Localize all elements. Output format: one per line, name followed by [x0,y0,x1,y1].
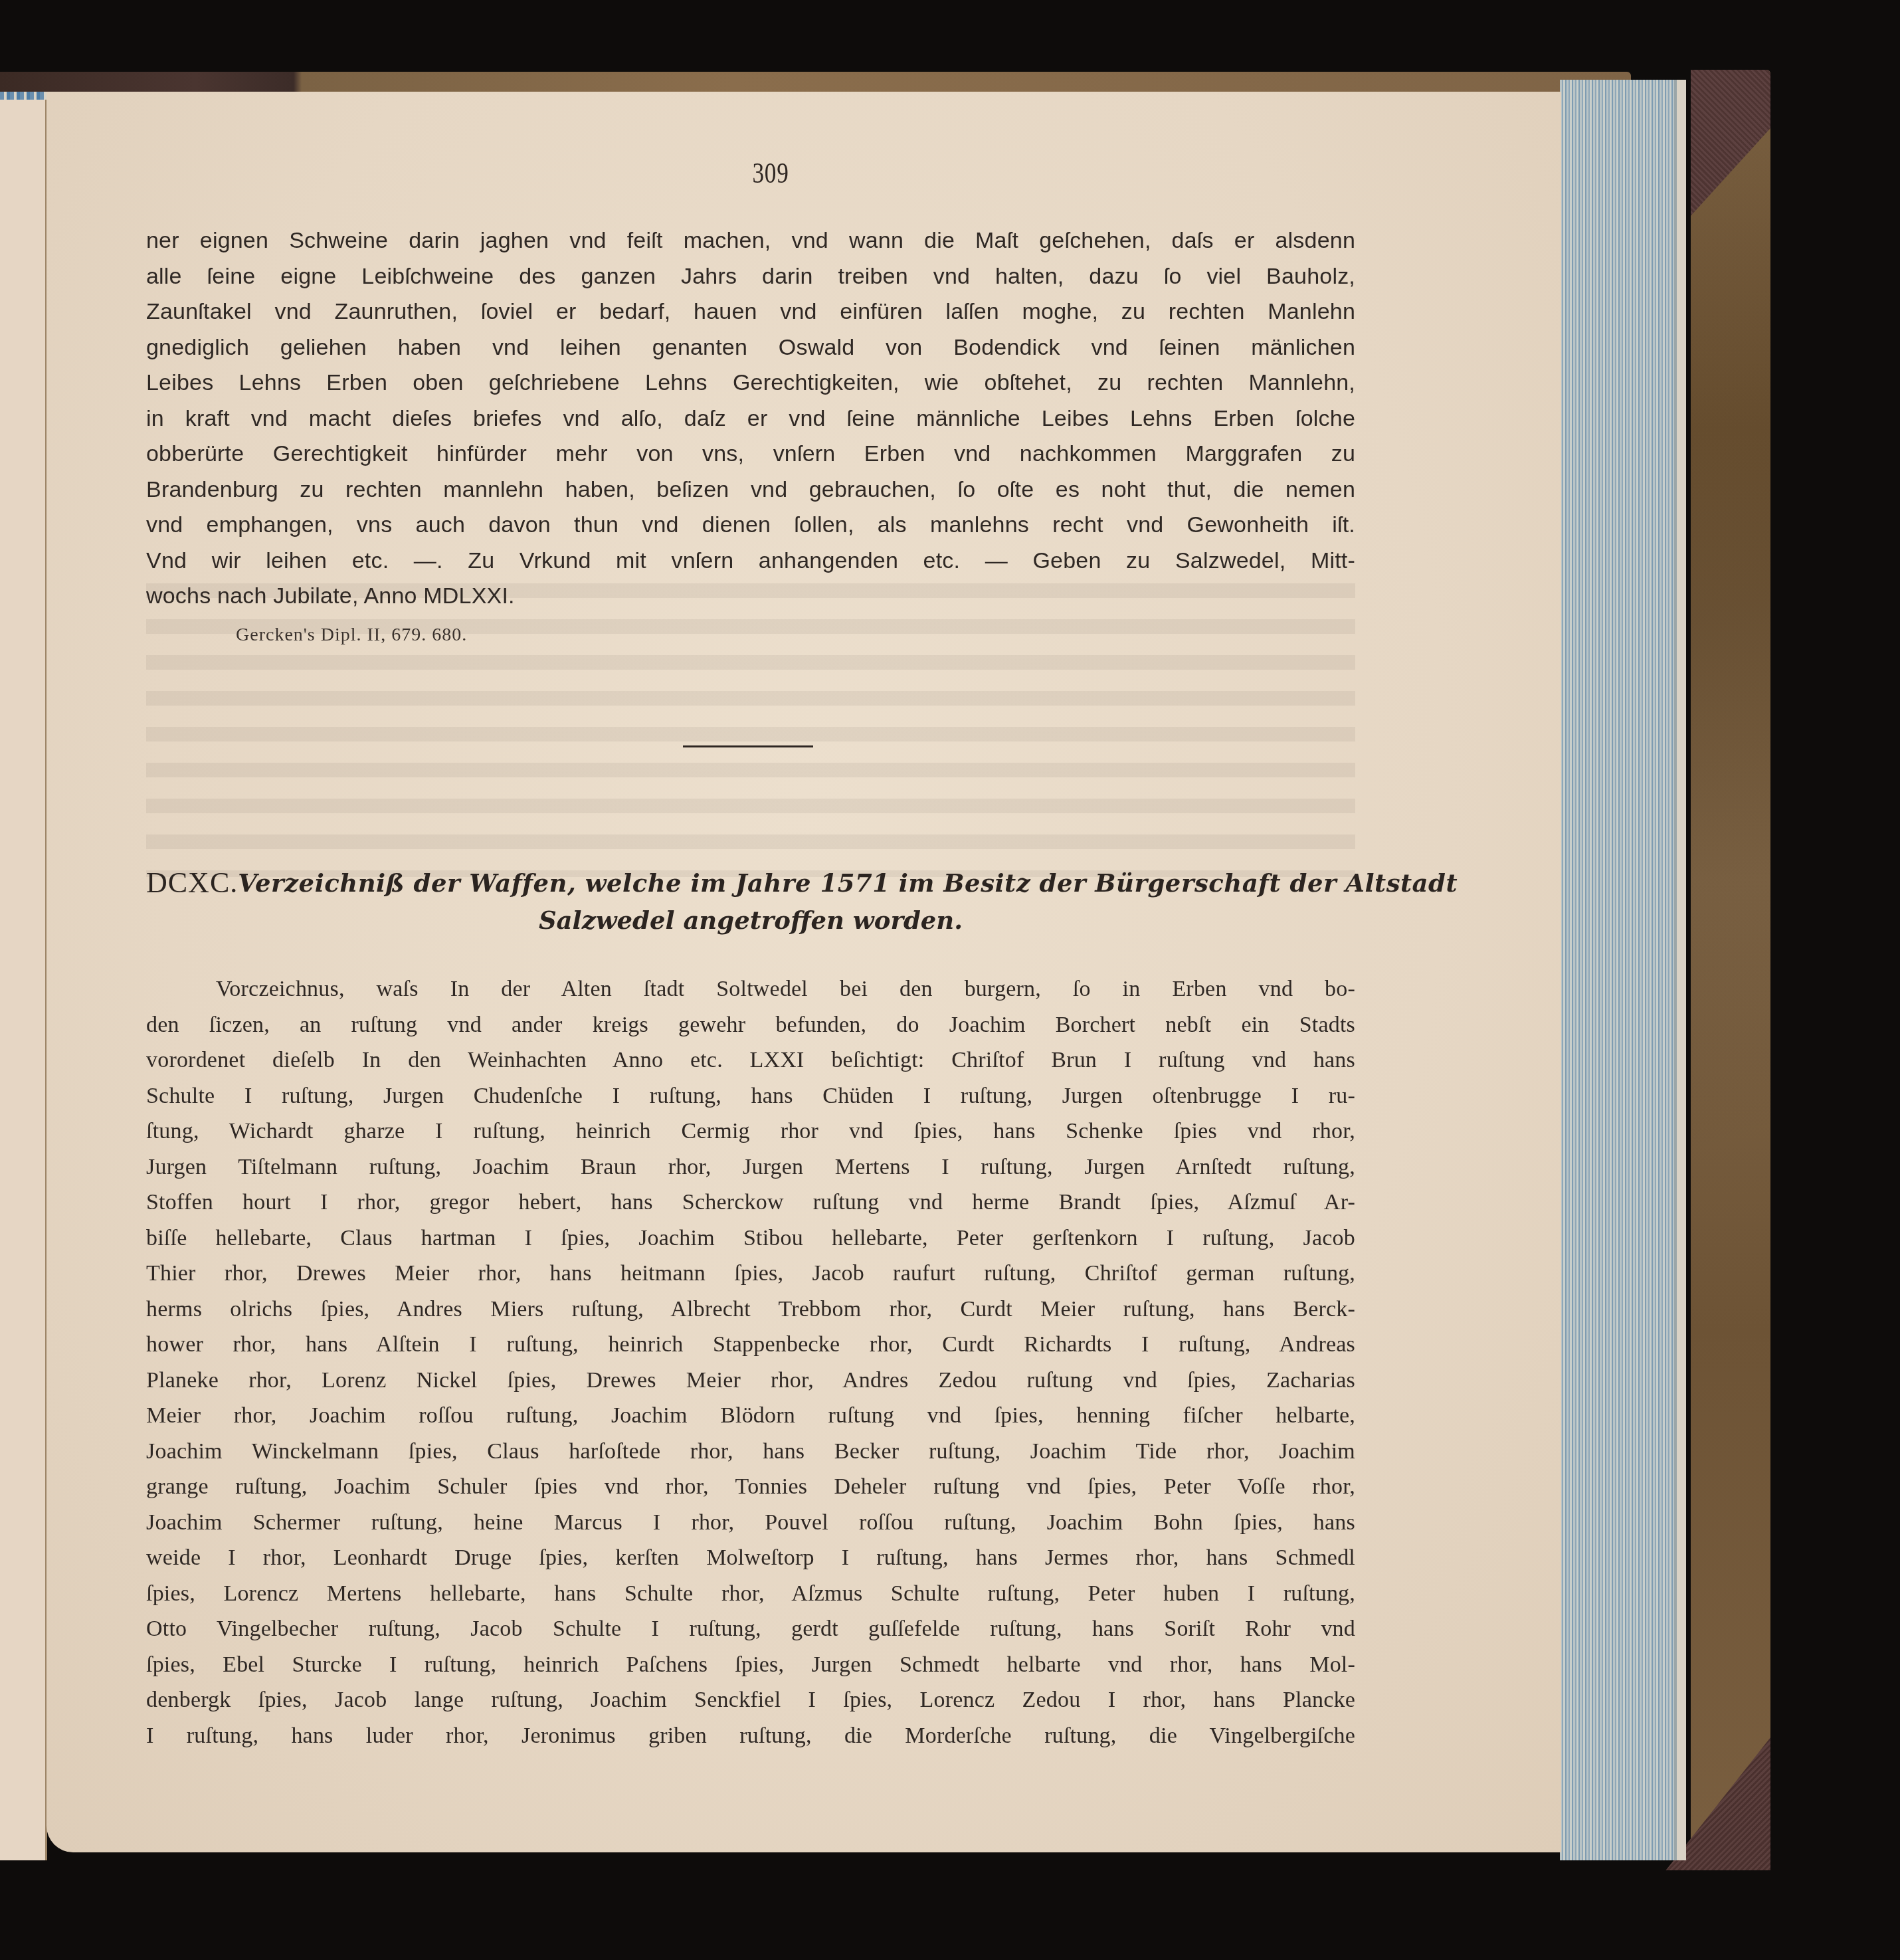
document-numeral: DCXC. [146,865,238,901]
text-line: Zaunſtakel vnd Zaunruthen, ſoviel er bed… [146,294,1355,330]
text-line: Jurgen Tiſtelmann ruſtung, Joachim Braun… [146,1149,1355,1185]
section-divider [683,745,813,747]
document-title-line1: Verzeichniß der Waffen, welche im Jahre … [238,865,1458,901]
text-line: grange ruſtung, Joachim Schuler ſpies vn… [146,1469,1355,1505]
page-number: 309 [717,156,824,190]
text-line: Vorczeichnus, waſs In der Alten ſtadt So… [146,971,1355,1007]
text-line: Brandenburg zu rechten mannlehn haben, b… [146,472,1355,508]
text-line: in kraft vnd macht dieſes briefes vnd al… [146,401,1355,437]
bleed-through-text [146,571,1355,877]
text-line: Joachim Winckelmann ſpies, Claus harſoſt… [146,1434,1355,1470]
text-line: alle ſeine eigne Leibſchweine des ganzen… [146,259,1355,295]
book-cover-top-edge [0,72,1631,93]
text-line: Vnd wir leihen etc. —. Zu Vrkund mit vnſ… [146,543,1355,579]
document-heading: DCXC. Verzeichniß der Waffen, welche im … [146,865,1355,938]
text-line: weide I rhor, Leonhardt Druge ſpies, ker… [146,1540,1355,1576]
text-line: Planeke rhor, Lorenz Nickel ſpies, Drewe… [146,1363,1355,1399]
continuation-text: ner eignen Schweine darin jaghen vnd fei… [146,223,1355,615]
text-line: vorordenet dieſelb In den Weinhachten An… [146,1042,1355,1078]
text-line: Joachim Schermer ruſtung, heine Marcus I… [146,1505,1355,1541]
document-body: Vorczeichnus, waſs In der Alten ſtadt So… [146,971,1355,1753]
text-line: wochs nach Jubilate, Anno MDLXXI. [146,579,1355,615]
page-fore-edge [1560,80,1686,1860]
text-line: Thier rhor, Drewes Meier rhor, hans heit… [146,1256,1355,1292]
text-line: den ſiczen, an ruſtung vnd ander kreigs … [146,1007,1355,1043]
book-cover-right-board [1691,70,1770,1870]
left-page-sliver [0,100,47,1860]
text-line: I ruſtung, hans luder rhor, Jeronimus gr… [146,1718,1355,1754]
text-line: denbergk ſpies, Jacob lange ruſtung, Joa… [146,1682,1355,1718]
text-line: Stoffen hourt I rhor, gregor hebert, han… [146,1185,1355,1221]
text-line: Schulte I ruſtung, Jurgen Chudenſche I r… [146,1078,1355,1114]
text-line: biſſe hellebarte, Claus hartman I ſpies,… [146,1221,1355,1256]
text-line: ner eignen Schweine darin jaghen vnd fei… [146,223,1355,259]
text-line: ſtung, Wichardt gharze I ruſtung, heinri… [146,1114,1355,1149]
text-line: obberürte Gerechtigkeit hinfürder mehr v… [146,437,1355,472]
document-title-line2: Salzwedel angetroffen worden. [146,902,1355,938]
text-line: Otto Vingelbecher ruſtung, Jacob Schulte… [146,1611,1355,1647]
text-line: vnd emphangen, vns auch davon thun vnd d… [146,508,1355,543]
text-line: ſpies, Lorencz Mertens hellebarte, hans … [146,1576,1355,1612]
text-line: gnediglich geliehen haben vnd leihen gen… [146,330,1355,366]
text-line: Meier rhor, Joachim roſſou ruſtung, Joac… [146,1398,1355,1434]
text-line: hower rhor, hans Alſtein I ruſtung, hein… [146,1327,1355,1363]
text-line: ſpies, Ebel Sturcke I ruſtung, heinrich … [146,1647,1355,1683]
source-citation: Gercken's Dipl. II, 679. 680. [236,625,467,646]
text-line: Leibes Lehns Erben oben geſchriebene Leh… [146,365,1355,401]
text-line: herms olrichs ſpies, Andres Miers ruſtun… [146,1292,1355,1327]
